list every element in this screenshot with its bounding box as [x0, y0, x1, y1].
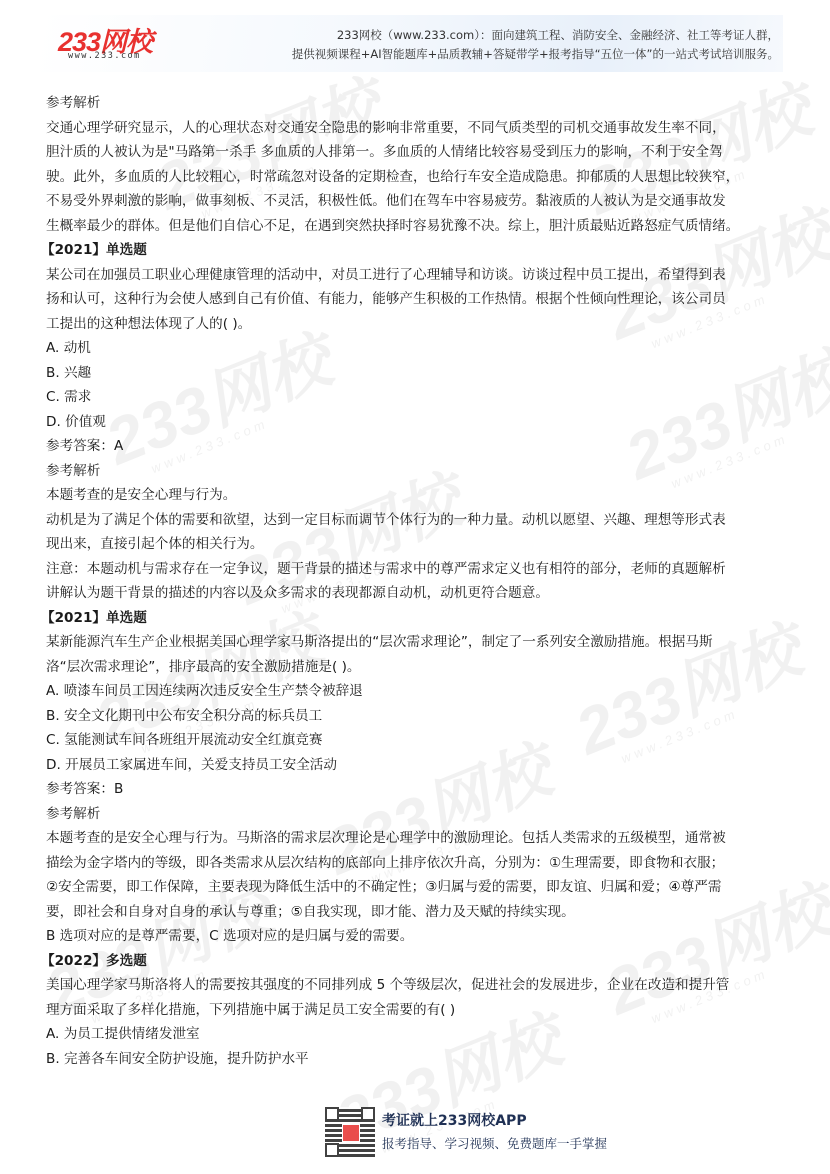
page-header: 233网校 www.233.com 233网校（www.233.com）：面向建…	[40, 15, 783, 72]
analysis-text: 动机是为了满足个体的需要和欲望，达到一定目标而调节个体行为的一种力量。动机以愿望…	[46, 508, 791, 533]
analysis-text: 注意：本题动机与需求存在一定争议，题干背景的描述与需求中的尊严需求定义也有相符的…	[46, 557, 791, 582]
question-heading: 【2022】多选题	[41, 949, 791, 974]
option-b: B. 完善各车间安全防护设施，提升防护水平	[46, 1047, 791, 1072]
qr-code-icon[interactable]	[325, 1107, 375, 1157]
analysis-text: 现出来，直接引起个体的相关行为。	[46, 532, 791, 557]
question-stem: 洛“层次需求理论”，排序最高的安全激励措施是( )。	[46, 655, 791, 680]
option-b: B. 安全文化期刊中公布安全积分高的标兵员工	[46, 704, 791, 729]
reference-answer: 参考答案：B	[46, 777, 791, 802]
qr-corner	[325, 1107, 339, 1121]
question-heading: 【2021】单选题	[41, 238, 791, 263]
question-stem: 工提出的这种想法体现了人的( )。	[46, 312, 791, 337]
document-body: 参考解析 交通心理学研究显示，人的心理状态对交通安全隐患的影响非常重要，不同气质…	[46, 91, 791, 1071]
analysis-text: 讲解认为题干背景的描述的内容以及众多需求的表现都源自动机，动机更符合题意。	[46, 581, 791, 606]
app-logo-icon	[342, 1124, 360, 1142]
option-c: C. 氢能测试车间各班组开展流动安全红旗竞赛	[46, 728, 791, 753]
analysis-text: 本题考查的是安全心理与行为。	[46, 483, 791, 508]
app-promo-footer: 考证就上233网校APP 报考指导、学习视频、免费题库一手掌握	[325, 1107, 645, 1157]
question-heading: 【2021】单选题	[41, 606, 791, 631]
tagline-line-1: 233网校（www.233.com）：面向建筑工程、消防安全、金融经济、社工等考…	[292, 26, 779, 45]
analysis-label: 参考解析	[46, 459, 791, 484]
analysis-text: 不易受外界刺激的影响，做事刻板、不灵活，积极性低。他们在驾车中容易疲劳。黏液质的…	[46, 189, 791, 214]
analysis-text: 生概率最少的群体。但是他们自信心不足，在遇到突然抉择时容易犹豫不决。综上，胆汁质…	[46, 214, 791, 239]
header-tagline: 233网校（www.233.com）：面向建筑工程、消防安全、金融经济、社工等考…	[292, 26, 779, 64]
analysis-text: 本题考查的是安全心理与行为。马斯洛的需求层次理论是心理学中的激励理论。包括人类需…	[46, 826, 791, 851]
question-stem: 美国心理学家马斯洛将人的需要按其强度的不同排列成 5 个等级层次，促进社会的发展…	[46, 973, 791, 998]
analysis-text: 驶。此外，多血质的人比较粗心，时常疏忽对设备的定期检查，也给行车安全造成隐患。抑…	[46, 165, 791, 190]
qr-corner	[361, 1107, 375, 1121]
analysis-text: 描绘为金字塔内的等级，即各类需求从层次结构的底部向上排序依次升高，分别为：①生理…	[46, 851, 791, 876]
analysis-label: 参考解析	[46, 91, 791, 116]
tagline-line-2: 提供视频课程+AI智能题库+品质教辅+答疑带学+报考指导“五位一体”的一站式考试…	[292, 45, 779, 64]
analysis-text: B 选项对应的是尊严需要，C 选项对应的是归属与爱的需要。	[46, 924, 791, 949]
analysis-label: 参考解析	[46, 802, 791, 827]
reference-answer: 参考答案：A	[46, 434, 791, 459]
logo[interactable]: 233网校 www.233.com	[58, 20, 178, 65]
option-d: D. 价值观	[46, 410, 791, 435]
analysis-text: 要，即社会和自身对自身的承认与尊重；⑤自我实现，即才能、潜力及天赋的持续实现。	[46, 900, 791, 925]
option-c: C. 需求	[46, 385, 791, 410]
logo-url: www.233.com	[68, 51, 141, 61]
question-stem: 扬和认可，这种行为会使人感到自己有价值、有能力，能够产生积极的工作热情。根据个性…	[46, 287, 791, 312]
option-b: B. 兴趣	[46, 361, 791, 386]
footer-title: 考证就上233网校APP	[382, 1110, 527, 1130]
option-a: A. 动机	[46, 336, 791, 361]
option-a: A. 为员工提供情绪发泄室	[46, 1022, 791, 1047]
question-stem: 某公司在加强员工职业心理健康管理的活动中，对员工进行了心理辅导和访谈。访谈过程中…	[46, 263, 791, 288]
analysis-text: 交通心理学研究显示，人的心理状态对交通安全隐患的影响非常重要，不同气质类型的司机…	[46, 116, 791, 141]
question-stem: 某新能源汽车生产企业根据美国心理学家马斯洛提出的“层次需求理论”，制定了一系列安…	[46, 630, 791, 655]
option-a: A. 喷漆车间员工因连续两次违反安全生产禁令被辞退	[46, 679, 791, 704]
analysis-text: 胆汁质的人被认为是"马路第一杀手 多血质的人排第一。多血质的人情绪比较容易受到压…	[46, 140, 791, 165]
analysis-text: ②安全需要，即工作保障，主要表现为降低生活中的不确定性；③归属与爱的需要，即友谊…	[46, 875, 791, 900]
option-d: D. 开展员工家属进车间，关爱支持员工安全活动	[46, 753, 791, 778]
question-stem: 理方面采取了多样化措施，下列措施中属于满足员工安全需要的有( )	[46, 998, 791, 1023]
qr-corner	[325, 1143, 339, 1157]
footer-subtitle: 报考指导、学习视频、免费题库一手掌握	[382, 1134, 607, 1152]
